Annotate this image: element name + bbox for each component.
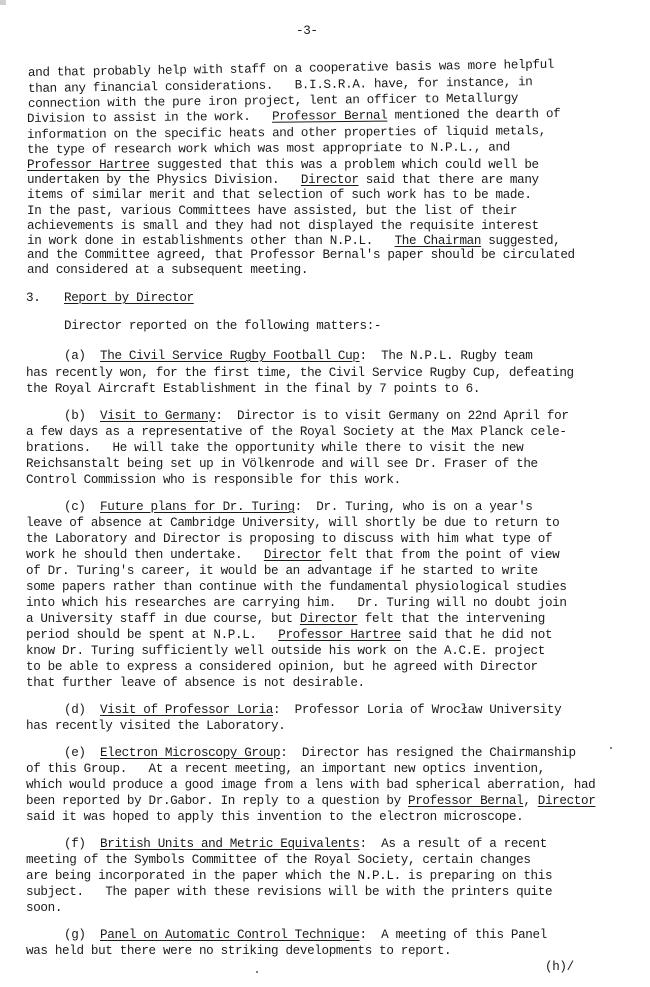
item-body-line: subject. The paper with these revisions … xyxy=(26,885,552,899)
text-run: that further leave of absence is not des… xyxy=(26,676,365,690)
underlined-name: The Chairman xyxy=(395,234,482,248)
text-run: soon. xyxy=(26,901,62,915)
text-run: in work done in establishments other tha… xyxy=(27,234,395,248)
item-body-line: has recently visited the Laboratory. xyxy=(26,719,285,733)
text-run: of Dr. Turing's career, it would be an a… xyxy=(26,564,538,578)
text-run: Division to assist in the work. xyxy=(27,110,272,126)
text-run: said it was hoped to apply this inventio… xyxy=(26,810,523,824)
document-page: -3- and that probably help with staff on… xyxy=(0,0,650,987)
text-run: of this Group. At a recent meeting, an i… xyxy=(26,762,545,776)
underlined-name: Director xyxy=(300,612,358,626)
item-body-line: into which his researches are carrying h… xyxy=(26,596,567,610)
text-run: : A meeting of this Panel xyxy=(360,928,547,942)
scan-artifact xyxy=(0,0,6,5)
text-run: work he should then undertake. xyxy=(26,548,264,562)
item-body-line: a few days as a representative of the Ro… xyxy=(26,425,567,439)
text-run: suggested, xyxy=(481,234,560,248)
text-run: has recently won, for the first time, th… xyxy=(26,366,574,380)
text-run: (a) xyxy=(64,349,100,363)
text-run: (d) xyxy=(64,703,100,717)
item-body-line: to be able to express a considered opini… xyxy=(26,660,538,674)
text-run: : The N.P.L. Rugby team xyxy=(360,349,533,363)
paragraph-line: and the Committee agreed, that Professor… xyxy=(27,248,575,262)
text-run: felt that the intervening xyxy=(358,612,545,626)
text-run: was held but there were no striking deve… xyxy=(26,944,451,958)
item-heading-line: (f) British Units and Metric Equivalents… xyxy=(64,837,547,851)
text-run: said that he did not xyxy=(401,628,552,642)
text-run: the Royal Aircraft Establishment in the … xyxy=(26,382,480,396)
text-run: : Director is to visit Germany on 22nd A… xyxy=(215,409,568,423)
text-run: (b) xyxy=(64,409,100,423)
catchword: (h)/ xyxy=(545,960,574,974)
underlined-name: Electron Microscopy Group xyxy=(100,746,280,760)
text-run: has recently visited the Laboratory. xyxy=(26,719,285,733)
text-run: : Professor Loria of Wrocław University xyxy=(273,703,561,717)
text-run: leave of absence at Cambridge University… xyxy=(26,516,559,530)
paragraph-line: the type of research work which was most… xyxy=(27,140,510,157)
text-run: suggested that this was a problem which … xyxy=(150,158,539,172)
text-run: undertaken by the Physics Division. xyxy=(27,173,301,187)
item-body-line: that further leave of absence is not des… xyxy=(26,676,365,690)
text-run: In the past, various Committees have ass… xyxy=(27,204,517,218)
text-run: Reichsanstalt being set up in Völkenrode… xyxy=(26,457,538,471)
item-body-line: soon. xyxy=(26,901,62,915)
text-run: and considered at a subsequent meeting. xyxy=(27,263,308,277)
scan-speck xyxy=(187,813,189,815)
item-body-line: leave of absence at Cambridge University… xyxy=(26,516,559,530)
paragraph-line: information on the specific heats and ot… xyxy=(27,124,546,142)
item-body-line: of this Group. At a recent meeting, an i… xyxy=(26,762,545,776)
text-run: which would produce a good image from a … xyxy=(26,778,595,792)
text-run: felt that from the point of view xyxy=(322,548,560,562)
text-run: (e) xyxy=(64,746,100,760)
text-run: know Dr. Turing sufficiently well outsid… xyxy=(26,644,545,658)
item-body-line: some papers rather than continue with th… xyxy=(26,580,567,594)
item-body-line: Reichsanstalt being set up in Völkenrode… xyxy=(26,457,538,471)
underlined-name: Professor Hartree xyxy=(27,158,150,172)
text-run: are being incorporated in the paper whic… xyxy=(26,869,552,883)
underlined-name: Professor Bernal xyxy=(272,109,387,124)
item-body-line: meeting of the Symbols Committee of the … xyxy=(26,853,531,867)
item-body-line: know Dr. Turing sufficiently well outsid… xyxy=(26,644,545,658)
item-body-line: which would produce a good image from a … xyxy=(26,778,595,792)
text-run: the type of research work which was most… xyxy=(27,140,510,157)
text-run: information on the specific heats and ot… xyxy=(27,124,546,142)
text-run: brations. He will take the opportunity w… xyxy=(26,441,523,455)
scan-speck xyxy=(610,747,612,749)
item-body-line: Control Commission who is responsible fo… xyxy=(26,473,401,487)
item-body-line: been reported by Dr.Gabor. In reply to a… xyxy=(26,794,595,808)
text-run: , xyxy=(523,794,537,808)
text-run: been reported by Dr.Gabor. In reply to a… xyxy=(26,794,408,808)
text-run: meeting of the Symbols Committee of the … xyxy=(26,853,531,867)
underlined-name: The Civil Service Rugby Football Cup xyxy=(100,349,359,363)
section-intro: Director reported on the following matte… xyxy=(64,319,381,333)
item-heading-line: (c) Future plans for Dr. Turing: Dr. Tur… xyxy=(64,500,533,514)
item-body-line: said it was hoped to apply this inventio… xyxy=(26,810,523,824)
text-run: a University staff in due course, but xyxy=(26,612,300,626)
paragraph-line: and considered at a subsequent meeting. xyxy=(27,263,308,277)
item-body-line: the Laboratory and Director is proposing… xyxy=(26,532,552,546)
text-run: to be able to express a considered opini… xyxy=(26,660,538,674)
text-run: a few days as a representative of the Ro… xyxy=(26,425,567,439)
underlined-name: Future plans for Dr. Turing xyxy=(100,500,295,514)
item-body-line: the Royal Aircraft Establishment in the … xyxy=(26,382,480,396)
text-run: Control Commission who is responsible fo… xyxy=(26,473,401,487)
item-heading-line: (g) Panel on Automatic Control Technique… xyxy=(64,928,547,942)
underlined-name: Professor Hartree xyxy=(278,628,401,642)
paragraph-line: In the past, various Committees have ass… xyxy=(27,204,517,218)
text-run: (g) xyxy=(64,928,100,942)
item-heading-line: (b) Visit to Germany: Director is to vis… xyxy=(64,409,569,423)
section-number: 3. xyxy=(26,291,40,305)
text-run: period should be spent at N.P.L. xyxy=(26,628,278,642)
item-body-line: was held but there were no striking deve… xyxy=(26,944,451,958)
item-heading-line: (e) Electron Microscopy Group: Director … xyxy=(64,746,576,760)
text-run: items of similar merit and that selectio… xyxy=(27,188,532,202)
paragraph-line: Professor Hartree suggested that this wa… xyxy=(27,158,539,172)
item-body-line: are being incorporated in the paper whic… xyxy=(26,869,552,883)
item-heading-line: (a) The Civil Service Rugby Football Cup… xyxy=(64,349,533,363)
paragraph-line: in work done in establishments other tha… xyxy=(27,234,560,248)
item-body-line: work he should then undertake. Director … xyxy=(26,548,559,562)
text-run: : Director has resigned the Chairmanship xyxy=(280,746,576,760)
underlined-name: Director xyxy=(538,794,596,808)
underlined-name: Visit to Germany xyxy=(100,409,215,423)
text-run: (c) xyxy=(64,500,100,514)
scan-speck xyxy=(256,971,258,973)
paragraph-line: items of similar merit and that selectio… xyxy=(27,188,532,202)
text-run: : As a result of a recent xyxy=(360,837,547,851)
underlined-name: Professor Bernal xyxy=(408,794,523,808)
item-heading-line: (d) Visit of Professor Loria: Professor … xyxy=(64,703,561,717)
text-run: achievements is small and they had not d… xyxy=(27,219,539,233)
section-title: Report by Director xyxy=(64,291,194,305)
item-body-line: has recently won, for the first time, th… xyxy=(26,366,574,380)
underlined-name: Visit of Professor Loria xyxy=(100,703,273,717)
text-run: and the Committee agreed, that Professor… xyxy=(27,248,575,262)
text-run: said that there are many xyxy=(359,173,539,187)
text-run: (f) xyxy=(64,837,100,851)
underlined-name: British Units and Metric Equivalents xyxy=(100,837,359,851)
underlined-name: Director xyxy=(301,173,359,187)
item-body-line: of Dr. Turing's career, it would be an a… xyxy=(26,564,538,578)
text-run: subject. The paper with these revisions … xyxy=(26,885,552,899)
underlined-name: Panel on Automatic Control Technique xyxy=(100,928,359,942)
item-body-line: period should be spent at N.P.L. Profess… xyxy=(26,628,552,642)
paragraph-line: achievements is small and they had not d… xyxy=(27,219,539,233)
text-run: : Dr. Turing, who is on a year's xyxy=(295,500,533,514)
text-run: into which his researches are carrying h… xyxy=(26,596,567,610)
page-number: -3- xyxy=(296,24,318,38)
item-body-line: a University staff in due course, but Di… xyxy=(26,612,545,626)
text-run: mentioned the dearth of xyxy=(387,107,560,123)
paragraph-line: undertaken by the Physics Division. Dire… xyxy=(27,173,539,187)
text-run: some papers rather than continue with th… xyxy=(26,580,567,594)
item-body-line: brations. He will take the opportunity w… xyxy=(26,441,523,455)
underlined-name: Director xyxy=(264,548,322,562)
text-run: the Laboratory and Director is proposing… xyxy=(26,532,552,546)
